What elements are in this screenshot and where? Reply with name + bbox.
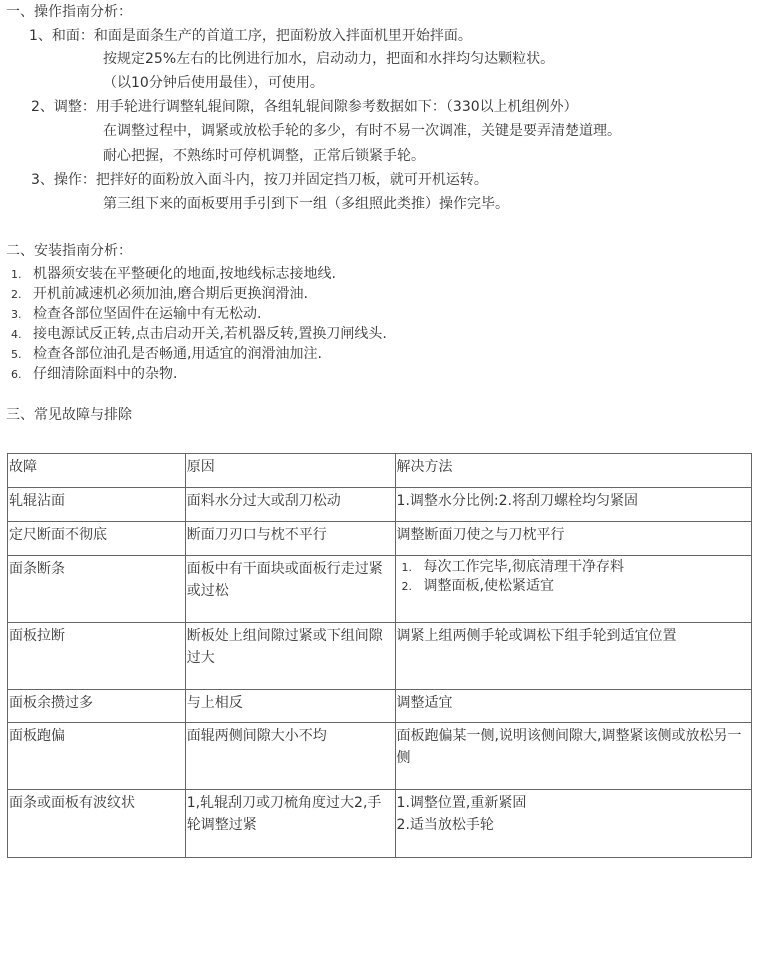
table-row: 轧辊沾面 面料水分过大或刮刀松动 1.调整水分比例:2.将刮刀螺栓均匀紧固 [8, 488, 752, 522]
list-text: 开机前减速机必须加油,磨合期后更换润滑油. [33, 284, 308, 304]
cell-cause: 面板中有干面块或面板行走过紧或过松 [185, 556, 395, 623]
list-number: 2. [397, 578, 424, 596]
troubleshooting-table: 故障 原因 解决方法 轧辊沾面 面料水分过大或刮刀松动 1.调整水分比例:2.将… [7, 453, 752, 858]
section1-line: 3、操作：把拌好的面粉放入面斗内，按刀并固定挡刀板，就可开机运转。 [31, 169, 488, 191]
solution-line: 1.调整位置,重新紧固 [397, 792, 751, 814]
header-fault: 故障 [8, 454, 186, 488]
section1-line: 在调整过程中，调紧或放松手轮的多少，有时不易一次调准，关键是要弄清楚道理。 [103, 120, 621, 142]
list-text: 接电源试反正转,点击启动开关,若机器反转,置换刀闸线头. [33, 324, 387, 344]
list-number: 3. [0, 305, 33, 325]
list-number: 1. [397, 559, 424, 577]
list-number: 2. [0, 285, 33, 305]
list-item: 3.检查各部位坚固件在运输中有无松动. [0, 304, 261, 325]
list-number: 5. [0, 345, 33, 365]
cell-solution: 调整断面刀使之与刀枕平行 [395, 522, 751, 556]
section2-heading: 二、安装指南分析： [6, 240, 132, 262]
section1-line: 1、和面：和面是面条生产的首道工序，把面粉放入拌面机里开始拌面。 [29, 25, 472, 47]
list-text: 每次工作完毕,彻底清理干净存料 [424, 559, 624, 575]
cell-solution: 1.调整水分比例:2.将刮刀螺栓均匀紧固 [395, 488, 751, 522]
list-item: 5.检查各部位油孔是否畅通,用适宜的润滑油加注. [0, 344, 322, 365]
table-row: 面板余攒过多 与上相反 调整适宜 [8, 690, 752, 723]
solution-list: 1.每次工作完毕,彻底清理干净存料 2.调整面板,使松紧适宜 [397, 558, 751, 596]
header-solution: 解决方法 [395, 454, 751, 488]
cell-cause: 与上相反 [185, 690, 395, 723]
table-row: 面板跑偏 面辊两侧间隙大小不均 面板跑偏某一侧,说明该侧间隙大,调整紧该侧或放松… [8, 723, 752, 790]
list-item: 6.仔细清除面料中的杂物. [0, 364, 177, 385]
list-text: 仔细清除面料中的杂物. [33, 364, 177, 384]
table-row: 面板拉断 断板处上组间隙过紧或下组间隙过大 调紧上组两侧手轮或调松下组手轮到适宜… [8, 623, 752, 690]
section1-line: 耐心把握，不熟练时可停机调整，正常后锁紧手轮。 [103, 145, 425, 167]
cell-fault: 面条断条 [8, 556, 186, 623]
table-row: 面条或面板有波纹状 1,轧辊刮刀或刀梳角度过大2,手轮调整过紧 1.调整位置,重… [8, 790, 752, 858]
list-text: 检查各部位油孔是否畅通,用适宜的润滑油加注. [33, 344, 322, 364]
list-number: 6. [0, 365, 33, 385]
table-header-row: 故障 原因 解决方法 [8, 454, 752, 488]
section1-line: 2、调整：用手轮进行调整轧辊间隙，各组轧辊间隙参考数据如下：（330以上机组例外… [31, 96, 578, 118]
section1-line: （以10分钟后使用最佳），可使用。 [103, 72, 324, 94]
list-text: 检查各部位坚固件在运输中有无松动. [33, 304, 261, 324]
cell-solution: 调整适宜 [395, 690, 751, 723]
cell-solution: 1.每次工作完毕,彻底清理干净存料 2.调整面板,使松紧适宜 [395, 556, 751, 623]
list-number: 1. [0, 265, 33, 285]
cell-solution: 面板跑偏某一侧,说明该侧间隙大,调整紧该侧或放松另一侧 [395, 723, 751, 790]
cell-cause: 面辊两侧间隙大小不均 [185, 723, 395, 790]
section1-heading: 一、操作指南分析： [6, 1, 132, 23]
section3-heading: 三、常见故障与排除 [6, 404, 132, 426]
section1-line: 第三组下来的面板要用手引到下一组（多组照此类推）操作完毕。 [103, 193, 509, 215]
cell-cause: 断面刀刃口与枕不平行 [185, 522, 395, 556]
cell-cause: 1,轧辊刮刀或刀梳角度过大2,手轮调整过紧 [185, 790, 395, 858]
cell-fault: 面板跑偏 [8, 723, 186, 790]
table-row: 面条断条 面板中有干面块或面板行走过紧或过松 1.每次工作完毕,彻底清理干净存料… [8, 556, 752, 623]
cell-fault: 定尺断面不彻底 [8, 522, 186, 556]
cell-fault: 面条或面板有波纹状 [8, 790, 186, 858]
section1-line: 按规定25%左右的比例进行加水，启动动力，把面和水拌均匀达颗粒状。 [103, 48, 554, 70]
list-item: 4.接电源试反正转,点击启动开关,若机器反转,置换刀闸线头. [0, 324, 387, 345]
list-number: 4. [0, 325, 33, 345]
table-row: 定尺断面不彻底 断面刀刃口与枕不平行 调整断面刀使之与刀枕平行 [8, 522, 752, 556]
list-text: 调整面板,使松紧适宜 [424, 578, 554, 594]
list-item: 1.每次工作完毕,彻底清理干净存料 [397, 558, 751, 577]
header-cause: 原因 [185, 454, 395, 488]
cell-fault: 面板拉断 [8, 623, 186, 690]
list-item: 2.开机前减速机必须加油,磨合期后更换润滑油. [0, 284, 308, 305]
solution-line: 2.适当放松手轮 [397, 814, 751, 836]
cell-cause: 面料水分过大或刮刀松动 [185, 488, 395, 522]
list-item: 2.调整面板,使松紧适宜 [397, 577, 751, 596]
cell-cause: 断板处上组间隙过紧或下组间隙过大 [185, 623, 395, 690]
list-item: 1.机器须安装在平整硬化的地面,按地线标志接地线. [0, 264, 336, 285]
cell-fault: 轧辊沾面 [8, 488, 186, 522]
list-text: 机器须安装在平整硬化的地面,按地线标志接地线. [33, 264, 336, 284]
cell-fault: 面板余攒过多 [8, 690, 186, 723]
cell-solution: 1.调整位置,重新紧固 2.适当放松手轮 [395, 790, 751, 858]
cell-solution: 调紧上组两侧手轮或调松下组手轮到适宜位置 [395, 623, 751, 690]
